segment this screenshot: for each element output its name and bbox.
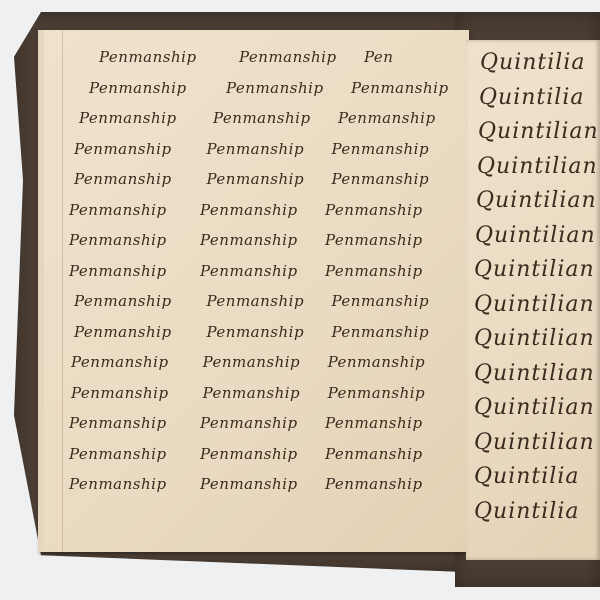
penmanship-row: PenmanshipPenmanshipPenmanship xyxy=(44,231,469,261)
handwritten-word: Penmanship xyxy=(71,384,169,402)
handwritten-word: Penmanship xyxy=(338,109,436,127)
handwritten-word: Penmanship xyxy=(99,48,197,66)
handwritten-word: Penmanship xyxy=(325,475,423,493)
handwritten-word: Penmanship xyxy=(200,475,298,493)
handwritten-word: Penmanship xyxy=(207,292,305,310)
handwritten-word: Penmanship xyxy=(200,231,298,249)
handwritten-word: Penmanship xyxy=(207,140,305,158)
handwritten-word: Quintilia xyxy=(474,499,579,524)
handwritten-word: Penmanship xyxy=(200,201,298,219)
handwritten-word: Quintilian xyxy=(474,430,595,455)
handwritten-word: Penmanship xyxy=(239,48,337,66)
handwritten-word: Quintilian xyxy=(478,119,599,144)
handwritten-word: Penmanship xyxy=(69,475,167,493)
handwritten-word: Quintilian xyxy=(474,257,595,282)
handwritten-word: Penmanship xyxy=(203,384,301,402)
handwritten-word: Penmanship xyxy=(200,414,298,432)
handwritten-word: Penmanship xyxy=(332,292,430,310)
handwritten-word: Penmanship xyxy=(69,231,167,249)
handwritten-word: Pen xyxy=(364,48,393,66)
penmanship-row: PenmanshipPenmanshipPenmanship xyxy=(44,353,469,383)
handwritten-word: Penmanship xyxy=(74,140,172,158)
handwritten-word: Quintilia xyxy=(474,464,579,489)
handwritten-word: Penmanship xyxy=(200,262,298,280)
handwritten-word: Penmanship xyxy=(71,353,169,371)
handwritten-word: Penmanship xyxy=(332,140,430,158)
handwritten-word: Quintilian xyxy=(474,395,595,420)
handwritten-word: Quintilian xyxy=(477,154,598,179)
handwritten-word: Penmanship xyxy=(207,323,305,341)
handwritten-word: Quintilia xyxy=(479,85,584,110)
handwritten-word: Penmanship xyxy=(332,170,430,188)
handwritten-word: Penmanship xyxy=(328,353,426,371)
handwritten-word: Penmanship xyxy=(325,262,423,280)
penmanship-row: PenmanshipPenmanshipPenmanship xyxy=(44,140,469,170)
penmanship-row: PenmanshipPenmanshipPenmanship xyxy=(44,201,469,231)
right-page: QuintiliaQuintiliaQuintilianQuintilianQu… xyxy=(466,40,600,560)
handwritten-word: Penmanship xyxy=(325,201,423,219)
penmanship-row: PenmanshipPenmanshipPenmanship xyxy=(44,414,469,444)
handwritten-word: Penmanship xyxy=(213,109,311,127)
handwritten-word: Quintilian xyxy=(476,188,597,213)
handwritten-word: Penmanship xyxy=(74,170,172,188)
penmanship-row: PenmanshipPenmanshipPenmanship xyxy=(44,109,469,139)
handwritten-word: Quintilian xyxy=(474,326,595,351)
penmanship-row: PenmanshipPenmanshipPenmanship xyxy=(44,170,469,200)
penmanship-row: PenmanshipPenmanshipPenmanship xyxy=(44,262,469,292)
handwritten-word: Penmanship xyxy=(200,445,298,463)
handwritten-word: Penmanship xyxy=(69,414,167,432)
left-page: PenmanshipPenmanshipPenPenmanshipPenmans… xyxy=(38,30,469,552)
penmanship-row: PenmanshipPenmanshipPenmanship xyxy=(44,445,469,475)
handwritten-word: Penmanship xyxy=(79,109,177,127)
handwritten-word: Penmanship xyxy=(328,384,426,402)
penmanship-row: PenmanshipPenmanshipPen xyxy=(44,48,469,78)
handwritten-word: Quintilian xyxy=(474,292,595,317)
handwritten-word: Penmanship xyxy=(226,79,324,97)
handwritten-word: Penmanship xyxy=(74,292,172,310)
handwritten-word: Penmanship xyxy=(69,445,167,463)
handwritten-word: Penmanship xyxy=(69,201,167,219)
handwritten-word: Penmanship xyxy=(332,323,430,341)
handwritten-word: Quintilia xyxy=(480,50,585,75)
handwritten-word: Penmanship xyxy=(325,414,423,432)
handwritten-word: Penmanship xyxy=(207,170,305,188)
handwritten-word: Penmanship xyxy=(89,79,187,97)
handwritten-word: Penmanship xyxy=(69,262,167,280)
handwritten-word: Penmanship xyxy=(325,231,423,249)
penmanship-row: PenmanshipPenmanshipPenmanship xyxy=(44,292,469,322)
handwritten-word: Penmanship xyxy=(74,323,172,341)
penmanship-row: PenmanshipPenmanshipPenmanship xyxy=(44,79,469,109)
handwritten-word: Penmanship xyxy=(203,353,301,371)
handwritten-word: Penmanship xyxy=(325,445,423,463)
handwritten-word: Penmanship xyxy=(351,79,449,97)
penmanship-row: PenmanshipPenmanshipPenmanship xyxy=(44,384,469,414)
penmanship-row: PenmanshipPenmanshipPenmanship xyxy=(44,323,469,353)
penmanship-row: PenmanshipPenmanshipPenmanship xyxy=(44,475,469,505)
handwritten-word: Quintilian xyxy=(474,361,595,386)
handwritten-word: Quintilian xyxy=(475,223,596,248)
